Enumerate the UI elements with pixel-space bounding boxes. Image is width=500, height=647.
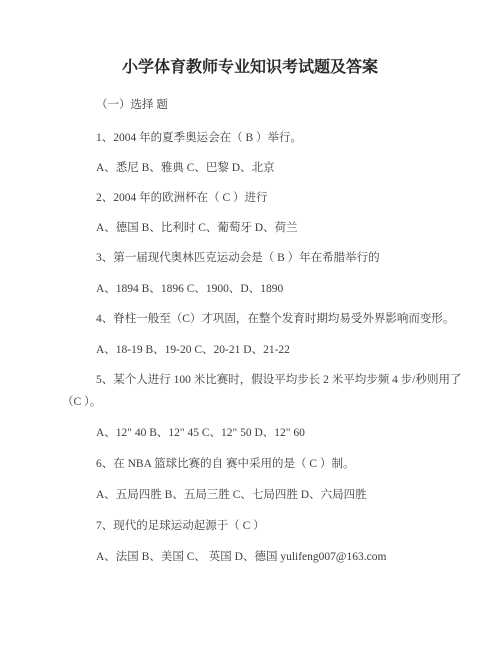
question-1: 1、2004 年的夏季奥运会在（ B ）举行。	[62, 131, 446, 145]
document-page: 小学体育教师专业知识考试题及答案 （一）选择 题 1、2004 年的夏季奥运会在…	[0, 0, 500, 647]
question-5: 5、某个人进行 100 米比赛时，假设平均步长 2 米平均步频 4 步/秒则用了	[62, 373, 446, 387]
section-heading: （一）选择 题	[62, 98, 446, 112]
page-title: 小学体育教师专业知识考试题及答案	[0, 56, 500, 80]
question-1-options: A、悉尼 B、雅典 C、巴黎 D、北京	[62, 161, 446, 175]
question-2: 2、2004 年的欧洲杯在（ C ）进行	[62, 191, 446, 205]
question-7: 7、现代的足球运动起源于（ C ）	[62, 519, 446, 533]
question-3: 3、第一届现代奥林匹克运动会是（ B ）年在希腊举行的	[62, 251, 446, 265]
question-6-options: A、五局四胜 B、五局三胜 C、七局四胜 D、六局四胜	[62, 488, 446, 502]
question-5-options: A、12" 40 B、12" 45 C、12" 50 D、12" 60	[62, 426, 446, 440]
question-3-options: A、1894 B、1896 C、1900、D、1890	[62, 282, 446, 296]
question-4: 4、脊柱一般至（C）才巩固，在整个发育时期均易受外界影响而变形。	[62, 312, 446, 326]
question-5-continuation: （C ）。	[62, 395, 446, 409]
question-6: 6、在 NBA 篮球比赛的自 赛中采用的是（ C ）制。	[62, 457, 446, 471]
question-4-options: A、18-19 B、19-20 C、20-21 D、21-22	[62, 343, 446, 357]
question-2-options: A、德国 B、比利时 C、葡萄牙 D、荷兰	[62, 221, 446, 235]
question-7-options: A、法国 B、美国 C、 英国 D、德国 yulifeng007@163.com	[62, 550, 446, 564]
